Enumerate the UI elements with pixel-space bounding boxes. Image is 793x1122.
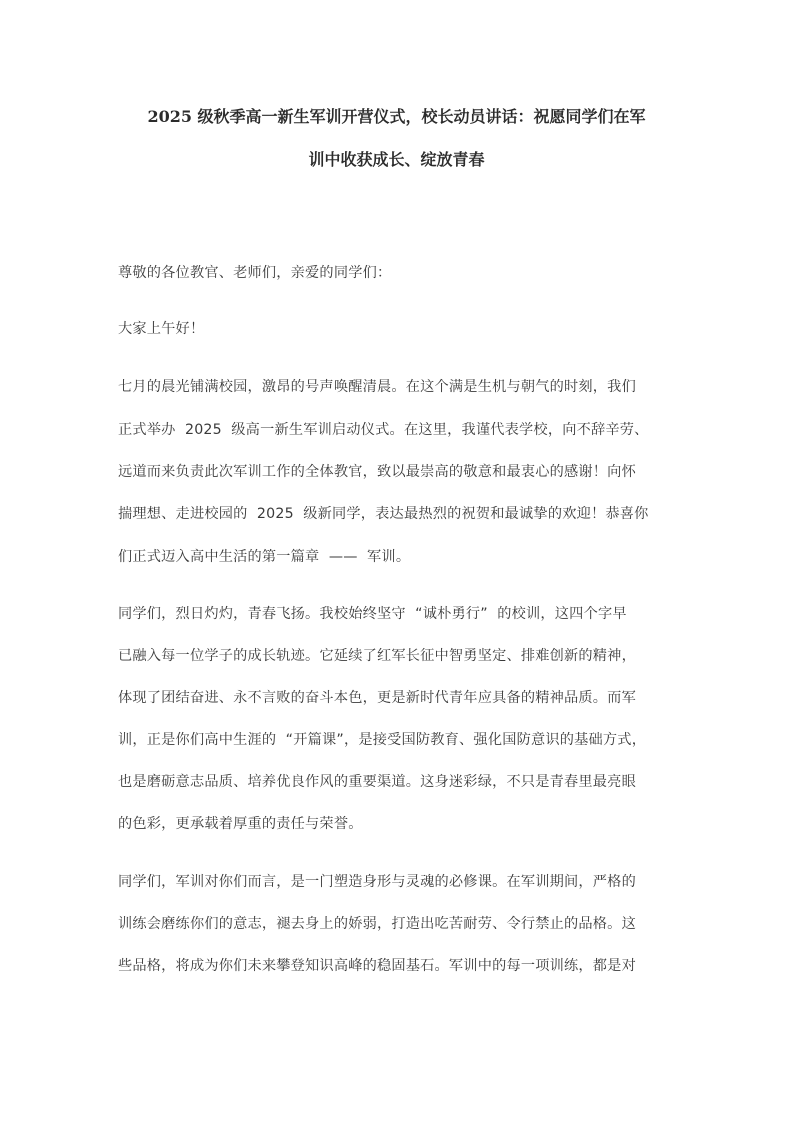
paragraph-2-line-5: 也是磨砺意志品质、培养优良作风的重要渠道。这身迷彩绿，不只是青春里最亮眼 — [118, 771, 636, 791]
document-title-line-2: 训中收获成长、绽放青春 — [110, 147, 683, 170]
paragraph-3-line-1: 同学们，军训对你们而言，是一门塑造身形与灵魂的必修课。在军训期间，严格的 — [118, 871, 636, 891]
paragraph-2-line-3: 体现了团结奋进、永不言败的奋斗本色，更是新时代青年应具备的精神品质。而军 — [118, 687, 636, 707]
paragraph-1-line-4: 揣理想、走进校园的 2025 级新同学，表达最热烈的祝贺和最诚挚的欢迎！恭喜你 — [118, 503, 649, 523]
paragraph-2-line-2: 已融入每一位学子的成长轨迹。它延续了红军长征中智勇坚定、排难创新的精神， — [118, 645, 636, 665]
paragraph-2-line-1: 同学们，烈日灼灼，青春飞扬。我校始终坚守 “诚朴勇行” 的校训，这四个字早 — [118, 603, 627, 623]
paragraph-2-line-4: 训，正是你们高中生涯的 “开篇课”，是接受国防教育、强化国防意识的基础方式， — [118, 729, 646, 749]
paragraph-1-line-5: 们正式迈入高中生活的第一篇章 —— 军训。 — [118, 546, 410, 566]
paragraph-2-line-6: 的色彩，更承载着厚重的责任与荣誉。 — [118, 813, 363, 833]
paragraph-1-line-1: 七月的晨光铺满校园，激昂的号声唤醒清晨。在这个满是生机与朝气的时刻，我们 — [118, 376, 636, 396]
paragraph-1-line-3: 远道而来负责此次军训工作的全体教官，致以最崇高的敬意和最衷心的感谢！向怀 — [118, 461, 636, 481]
paragraph-3-line-2: 训练会磨练你们的意志，褪去身上的娇弱，打造出吃苦耐劳、令行禁止的品格。这 — [118, 913, 636, 933]
document-title-line-1: 2025 级秋季高一新生军训开营仪式，校长动员讲话：祝愿同学们在军 — [110, 104, 683, 127]
paragraph-3-line-3: 些品格，将成为你们未来攀登知识高峰的稳固基石。军训中的每一项训练，都是对 — [118, 955, 636, 975]
paragraph-1-line-2: 正式举办 2025 级高一新生军训启动仪式。在这里，我谨代表学校，向不辞辛劳、 — [118, 419, 649, 439]
greeting: 大家上午好！ — [118, 318, 204, 338]
salutation: 尊敬的各位教官、老师们，亲爱的同学们： — [118, 262, 391, 282]
document-page: 2025 级秋季高一新生军训开营仪式，校长动员讲话：祝愿同学们在军 训中收获成长… — [0, 0, 793, 1122]
